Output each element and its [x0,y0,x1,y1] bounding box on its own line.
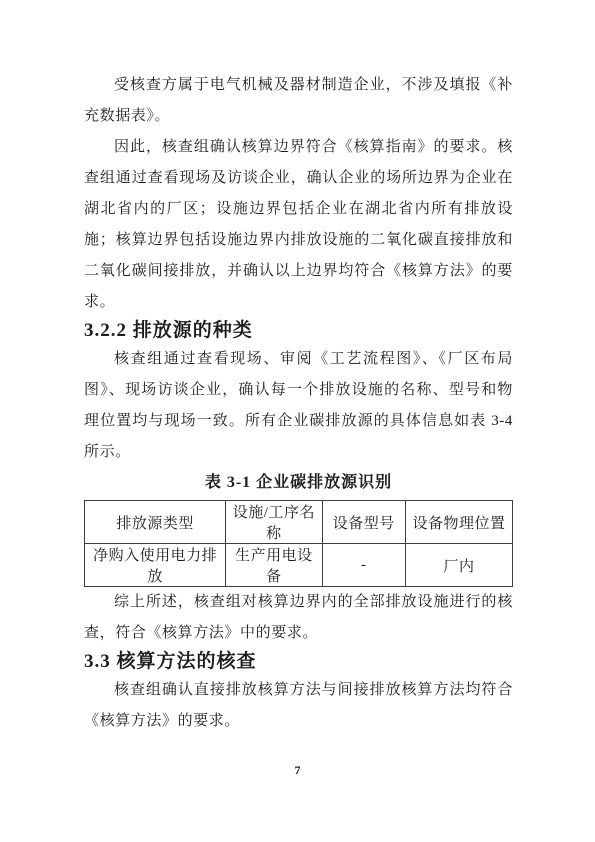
table-header-source-type: 排放源类型 [85,501,226,544]
emission-source-table: 排放源类型 设施/工序名称 设备型号 设备物理位置 净购入使用电力排放 生产用电… [84,500,513,587]
table-header-row: 排放源类型 设施/工序名称 设备型号 设备物理位置 [85,501,513,544]
table-cell-facility-process-name: 生产用电设备 [226,544,322,587]
heading-3-3-accounting-method-verification: 3.3 核算方法的核查 [84,649,513,675]
table-header-facility-process-name: 设施/工序名称 [226,501,322,544]
table-cell-equipment-model: - [322,544,405,587]
table-header-equipment-location: 设备物理位置 [405,501,512,544]
table-header-equipment-model: 设备型号 [322,501,405,544]
table-3-1-caption: 表 3-1 企业碳排放源识别 [84,472,513,494]
table-row: 净购入使用电力排放 生产用电设备 - 厂内 [85,544,513,587]
table-cell-source-type: 净购入使用电力排放 [85,544,226,587]
page-number: 7 [0,763,595,778]
paragraph-supplement-data: 受核查方属于电气机械及器材制造企业，不涉及填报《补充数据表》。 [84,70,513,132]
paragraph-emission-source-check: 核查组通过查看现场、审阅《工艺流程图》、《厂区布局图》、现场访谈企业，确认每一个… [84,344,513,468]
document-page: 受核查方属于电气机械及器材制造企业，不涉及填报《补充数据表》。 因此，核查组确认… [0,0,595,842]
paragraph-method-confirmation: 核查组确认直接排放核算方法与间接排放核算方法均符合《核算方法》的要求。 [84,675,513,737]
table-cell-equipment-location: 厂内 [405,544,512,587]
paragraph-boundary-confirmation: 因此，核查组确认核算边界符合《核算指南》的要求。核查组通过查看现场及访谈企业，确… [84,132,513,318]
paragraph-summary: 综上所述，核查组对核算边界内的全部排放设施进行的核查，符合《核算方法》中的要求。 [84,587,513,649]
heading-3-2-2-emission-source-types: 3.2.2 排放源的种类 [84,318,513,344]
